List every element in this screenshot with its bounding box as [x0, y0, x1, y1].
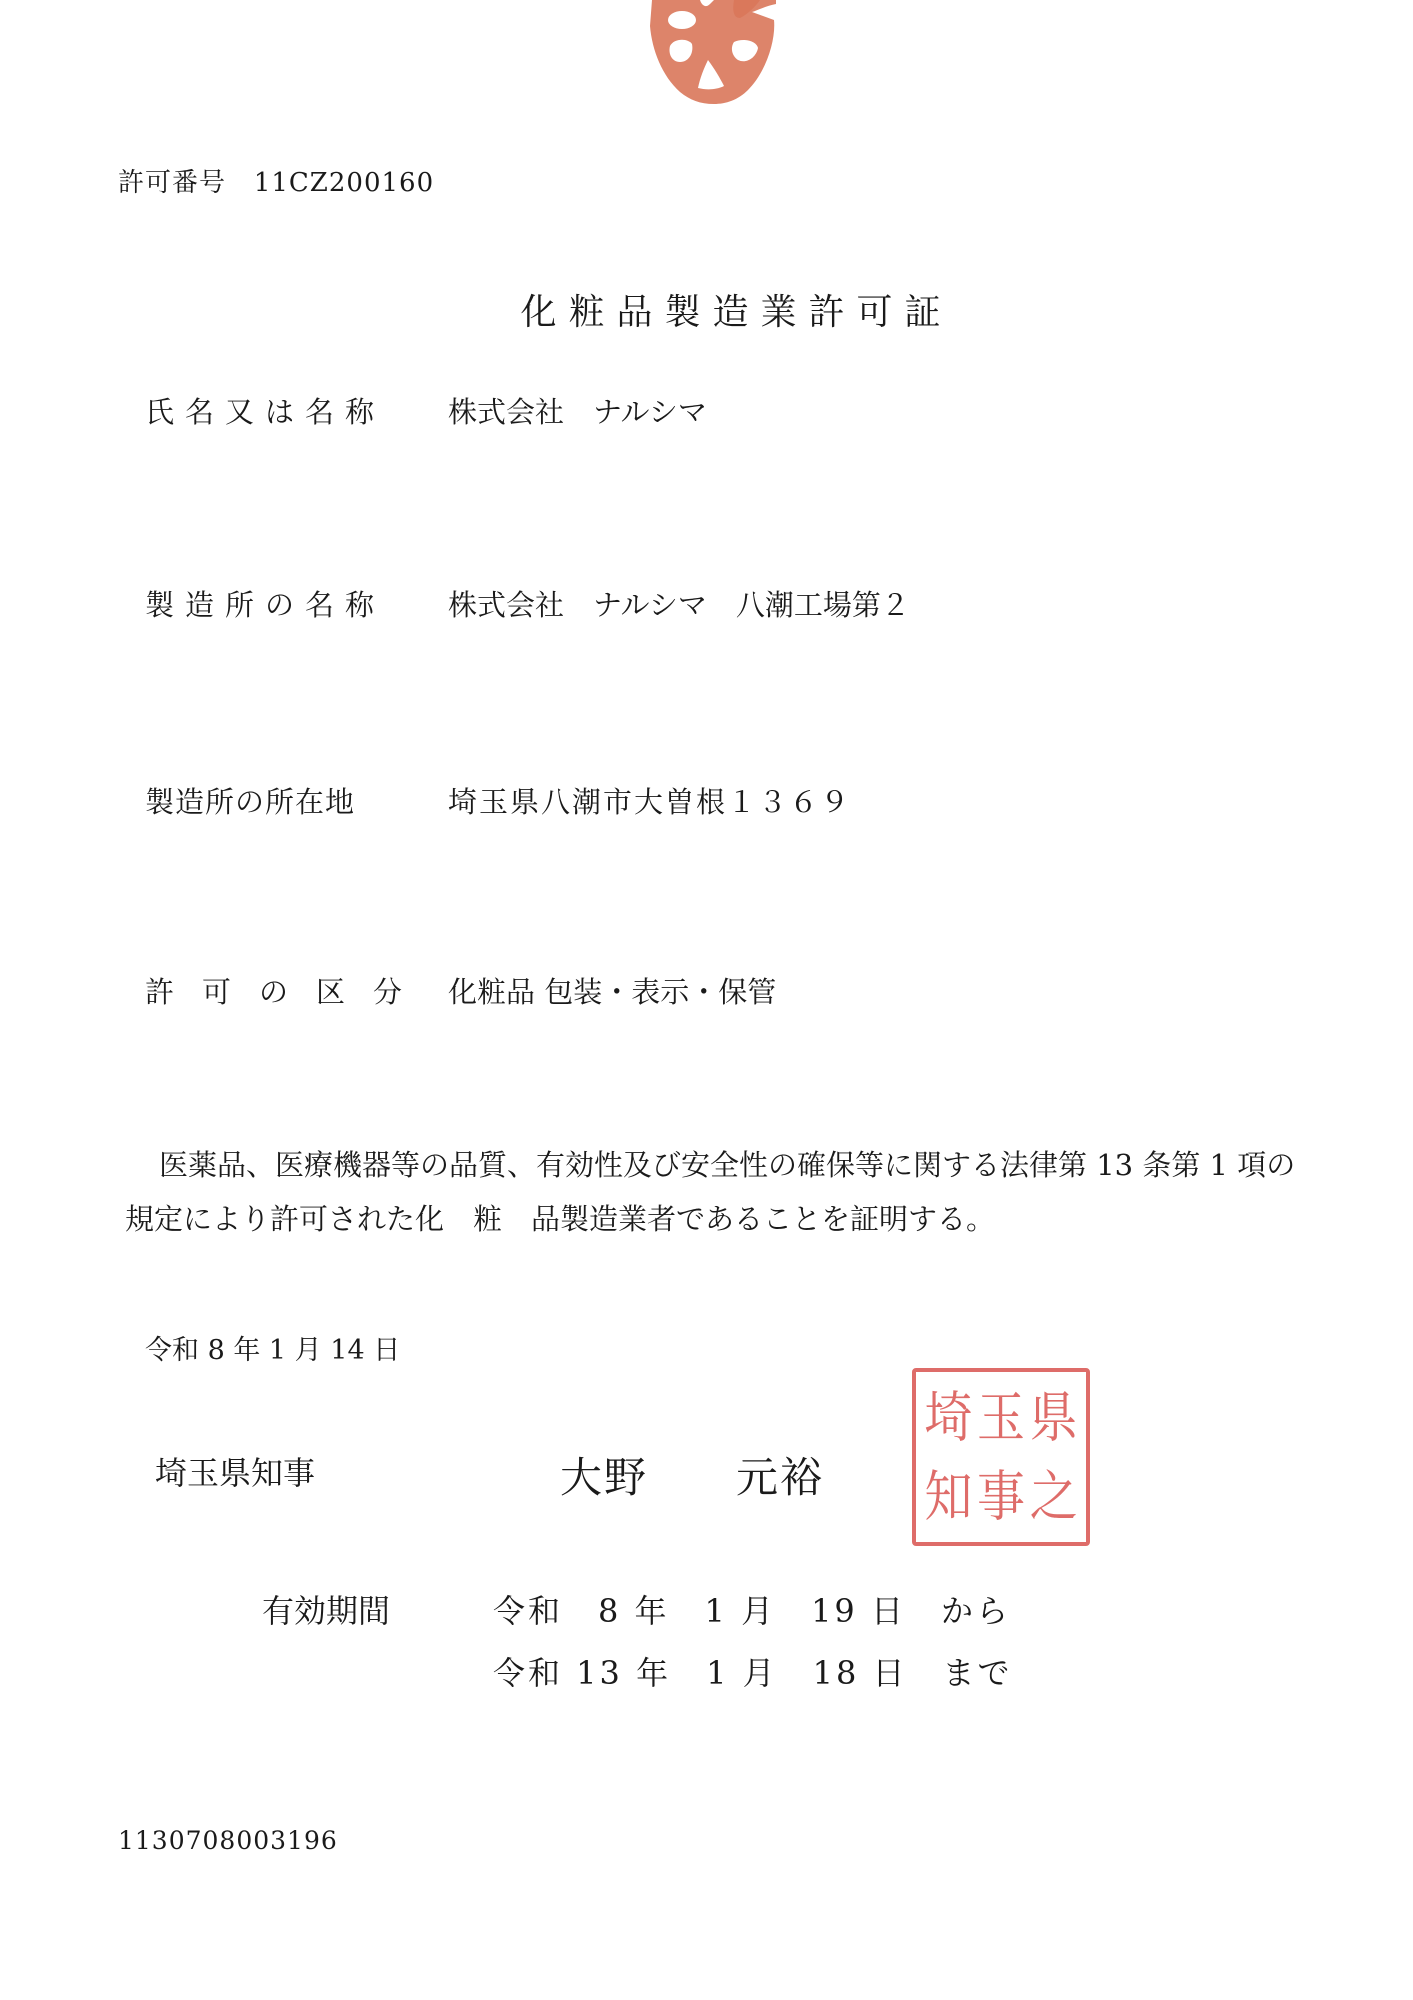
- seal-char: 之: [1027, 1451, 1080, 1542]
- field-label-facility-name: 製造所の名称: [145, 583, 385, 624]
- serial-number: 1130708003196: [118, 1826, 338, 1855]
- official-seal: 県 之 玉 事 埼 知: [912, 1368, 1090, 1546]
- certification-line-1: 医薬品、医療機器等の品質、有効性及び安全性の確保等に関する法律第 13 条第 1…: [125, 1138, 1305, 1192]
- issuer-name: 大野 元裕: [560, 1445, 824, 1505]
- stamp-icon: [648, 0, 778, 105]
- validity-label: 有効期間: [262, 1586, 390, 1632]
- field-label-permit-category: 許可の区分: [145, 970, 430, 1011]
- field-label-name: 氏名又は名称: [145, 390, 385, 431]
- partial-seal-stamp: [648, 0, 778, 105]
- field-value-permit-category: 化粧品 包装・表示・保管: [448, 970, 776, 1011]
- seal-char: 埼: [922, 1372, 975, 1463]
- field-value-facility-name: 株式会社 ナルシマ 八潮工場第２: [448, 583, 910, 624]
- issue-date: 令和 8 年 1 月 14 日: [145, 1328, 400, 1367]
- seal-char: 県: [1027, 1372, 1080, 1463]
- field-value-facility-address: 埼玉県八潮市大曽根１３６９: [448, 780, 851, 821]
- certification-line-2: 規定により許可された化 粧 品製造業者であることを証明する。: [125, 1192, 1305, 1246]
- field-value-name: 株式会社 ナルシマ: [448, 390, 707, 431]
- validity-from: 令和 8 年 1 月 19 日 から: [493, 1586, 1011, 1632]
- permit-number-label: 許可番号: [118, 168, 226, 198]
- document-title: 化粧品製造業許可証: [0, 284, 1413, 335]
- seal-char: 事: [975, 1451, 1028, 1542]
- field-label-facility-address: 製造所の所在地: [145, 780, 355, 821]
- certification-text: 医薬品、医療機器等の品質、有効性及び安全性の確保等に関する法律第 13 条第 1…: [125, 1138, 1305, 1246]
- permit-number: 許可番号 11CZ200160: [118, 162, 434, 199]
- seal-char: 知: [922, 1451, 975, 1542]
- validity-to: 令和 13 年 1 月 18 日 まで: [493, 1648, 1013, 1694]
- issuer-title: 埼玉県知事: [155, 1448, 315, 1494]
- seal-char: 玉: [975, 1372, 1028, 1463]
- permit-number-value: 11CZ200160: [254, 168, 434, 198]
